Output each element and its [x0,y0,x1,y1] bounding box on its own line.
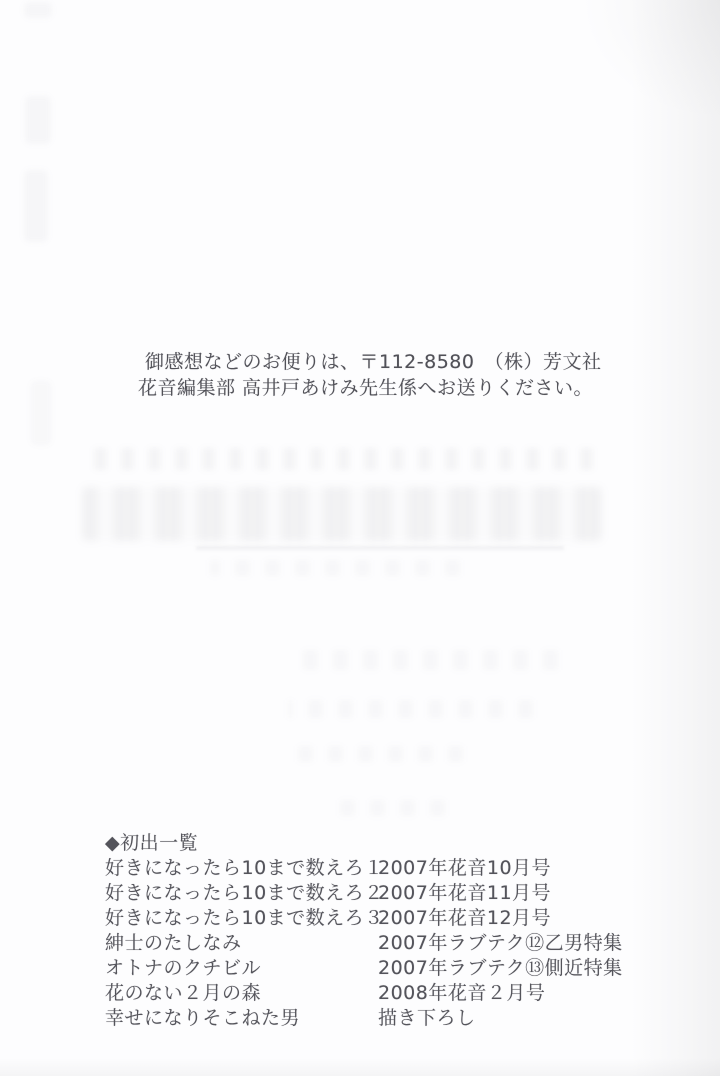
credit-title: 花のない２月の森 [105,981,378,1006]
credit-title: 好きになったら10まで数えろ２ [105,881,378,906]
print-through-ghost-large [82,487,602,541]
credit-title: 好きになったら10まで数えろ３ [105,906,378,931]
credit-row: 好きになったら10まで数えろ１ 2007年花音10月号 [105,856,623,881]
credit-row: 好きになったら10まで数えろ３ 2007年花音12月号 [105,906,623,931]
credit-row: オトナのクチビル 2007年ラブテク⑬側近特集 [105,956,623,981]
print-through-ghost-band [325,800,445,816]
scan-smudge [24,2,52,18]
print-through-ghost-band [288,650,558,670]
print-through-ghost-small [88,448,593,470]
credit-source: 2007年ラブテク⑬側近特集 [378,956,623,981]
credit-row: 花のない２月の森 2008年花音２月号 [105,981,623,1006]
page-edge-shading-right [630,0,720,1076]
credit-title: 好きになったら10まで数えろ１ [105,856,378,881]
reader-mail-notice-line1: 御感想などのお便りは、〒112-8580 （株）芳文社 [138,349,601,375]
scan-smudge [24,170,48,242]
credit-source: 描き下ろし [378,1006,476,1031]
scan-smudge [25,96,51,144]
print-through-ghost-underline [196,546,564,550]
credit-source: 2007年花音10月号 [378,856,551,881]
first-publication-list: ◆初出一覧 好きになったら10まで数えろ１ 2007年花音10月号 好きになった… [105,831,623,1031]
credit-row: 紳士のたしなみ 2007年ラブテク⑫乙男特集 [105,931,623,956]
credit-source: 2008年花音２月号 [378,981,545,1006]
scanned-book-page: 御感想などのお便りは、〒112-8580 （株）芳文社 花音編集部 高井戸あけみ… [0,0,720,1076]
reader-mail-notice: 御感想などのお便りは、〒112-8580 （株）芳文社 花音編集部 高井戸あけみ… [138,349,601,401]
reader-mail-notice-line2: 花音編集部 高井戸あけみ先生係へお送りください。 [138,375,601,401]
credit-row: 幸せになりそこねた男 描き下ろし [105,1006,623,1031]
credit-row: 好きになったら10まで数えろ２ 2007年花音11月号 [105,881,623,906]
credit-title: 紳士のたしなみ [105,931,378,956]
credit-source: 2007年ラブテク⑫乙男特集 [378,931,623,956]
scan-smudge [30,380,52,446]
credit-title: オトナのクチビル [105,956,378,981]
page-corner-shading-top-right [580,0,720,120]
credit-source: 2007年花音11月号 [378,881,551,906]
first-publication-heading: ◆初出一覧 [105,831,623,856]
page-edge-shading-bottom [0,1058,720,1076]
credit-title: 幸せになりそこねた男 [105,1006,378,1031]
print-through-ghost-band [298,746,463,762]
print-through-ghost-band [288,700,533,718]
credit-source: 2007年花音12月号 [378,906,551,931]
print-through-ghost-band [210,560,460,576]
